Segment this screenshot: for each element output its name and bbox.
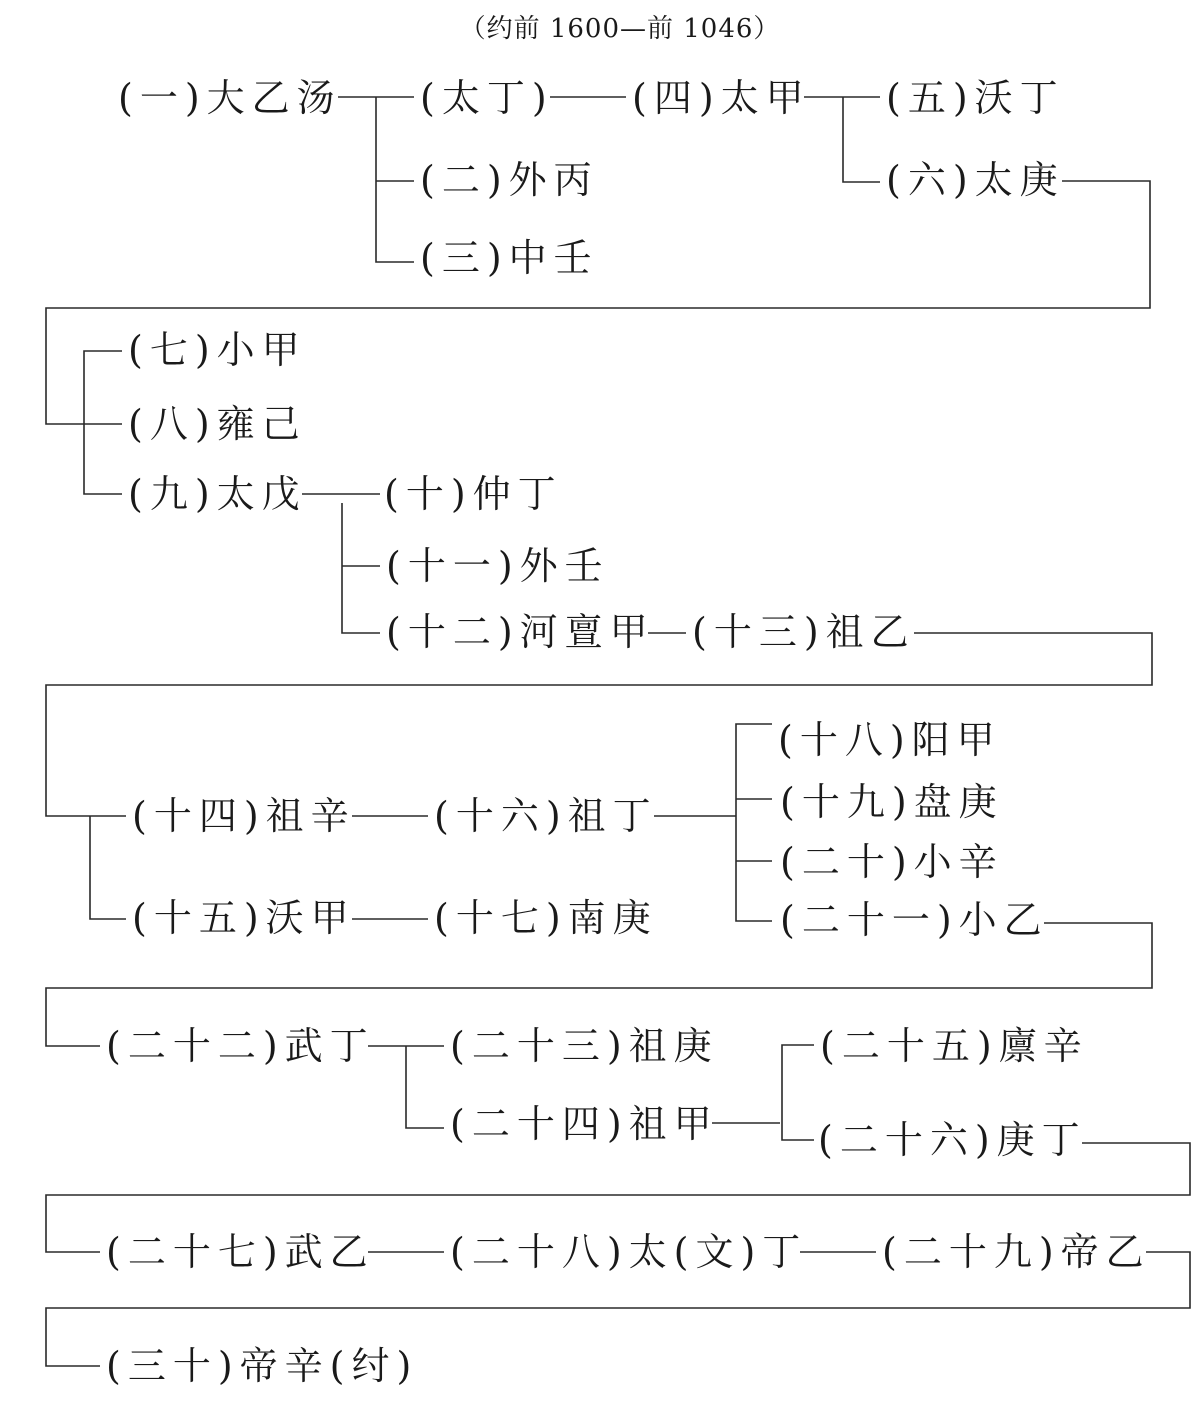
date-range-subtitle: （约前 1600—前 1046） xyxy=(0,8,1200,45)
king-node-n6: (六)太庚 xyxy=(886,158,1065,202)
connector xyxy=(84,351,122,494)
connector xyxy=(782,1045,814,1140)
connector xyxy=(406,1046,444,1128)
king-node-n12: (十二)河亶甲 xyxy=(386,610,655,654)
king-node-n16: (十六)祖丁 xyxy=(434,794,658,838)
connector xyxy=(376,97,414,262)
king-node-n23: (二十三)祖庚 xyxy=(450,1024,719,1068)
connector xyxy=(736,724,772,921)
king-node-n21: (二十一)小乙 xyxy=(780,898,1049,942)
king-node-n9: (九)太戊 xyxy=(128,472,307,516)
king-node-n19: (十九)盘庚 xyxy=(780,780,1004,824)
connector xyxy=(843,97,880,182)
king-node-n7: (七)小甲 xyxy=(128,328,307,372)
king-node-n27: (二十七)武乙 xyxy=(106,1230,375,1274)
shang-dynasty-succession-chart: （约前 1600—前 1046） (一)大乙汤(太丁)(四)太甲(五)沃丁(二)… xyxy=(0,0,1200,1410)
king-node-n13: (十三)祖乙 xyxy=(692,610,916,654)
king-node-nt: (太丁) xyxy=(420,76,554,120)
king-node-n17: (十七)南庚 xyxy=(434,896,658,940)
king-node-n30: (三十)帝辛(纣) xyxy=(106,1344,418,1388)
king-node-n18: (十八)阳甲 xyxy=(778,718,1002,762)
king-node-n3: (三)中壬 xyxy=(420,236,599,280)
king-node-n5: (五)沃丁 xyxy=(886,76,1065,120)
king-node-n1: (一)大乙汤 xyxy=(118,76,342,120)
king-node-n4: (四)太甲 xyxy=(632,76,811,120)
connector xyxy=(90,816,126,919)
king-node-n11: (十一)外壬 xyxy=(386,544,610,588)
king-node-n29: (二十九)帝乙 xyxy=(882,1230,1151,1274)
king-node-n20: (二十)小辛 xyxy=(780,840,1004,884)
connector-lines xyxy=(0,0,1200,1410)
king-node-n14: (十四)祖辛 xyxy=(132,794,356,838)
king-node-n25: (二十五)廪辛 xyxy=(820,1024,1089,1068)
king-node-n2: (二)外丙 xyxy=(420,158,599,202)
king-node-n26: (二十六)庚丁 xyxy=(818,1118,1087,1162)
connector xyxy=(46,181,1150,424)
king-node-n10: (十)仲丁 xyxy=(384,472,563,516)
king-node-n22: (二十二)武丁 xyxy=(106,1024,375,1068)
king-node-n28: (二十八)太(文)丁 xyxy=(450,1230,807,1274)
king-node-n24: (二十四)祖甲 xyxy=(450,1102,719,1146)
king-node-n8: (八)雍己 xyxy=(128,402,307,446)
connector xyxy=(342,503,380,633)
king-node-n15: (十五)沃甲 xyxy=(132,896,356,940)
